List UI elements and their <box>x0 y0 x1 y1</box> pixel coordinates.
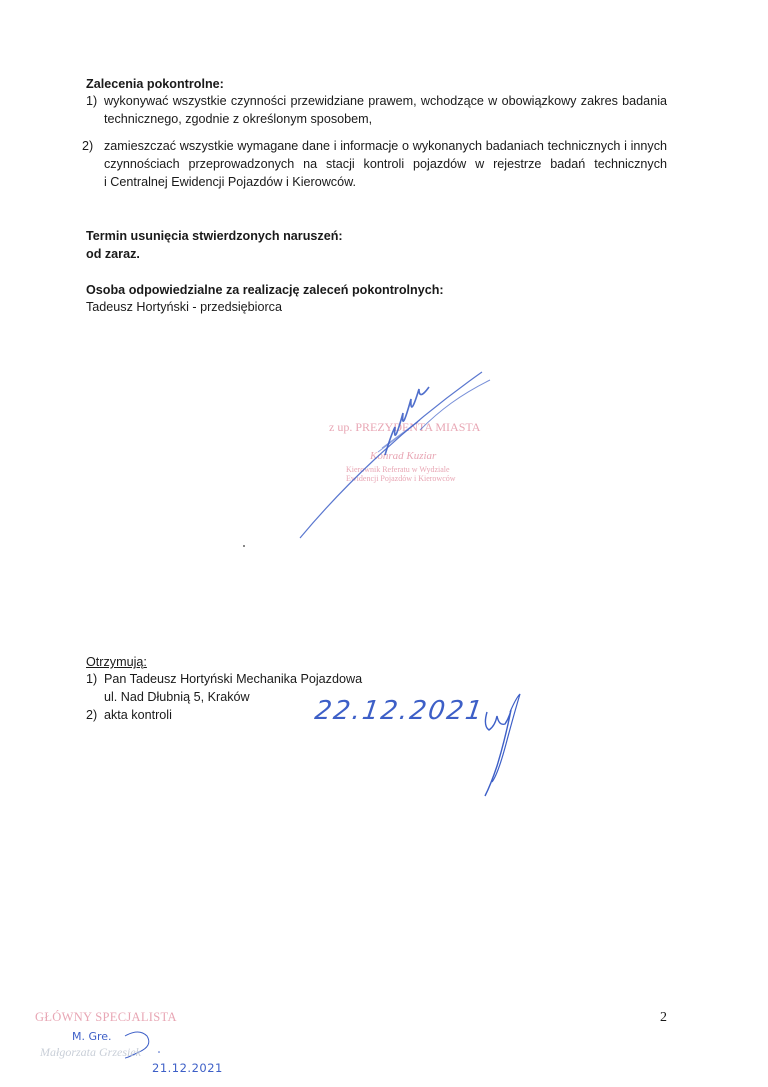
specialist-signature-icon <box>0 0 768 1087</box>
specialist-date: 21.12.2021 <box>152 1061 223 1075</box>
specialist-name: Małgorzata Grzesiek <box>40 1045 141 1060</box>
document-page: Zalecenia pokontrolne: 1) wykonywać wszy… <box>0 0 768 1087</box>
